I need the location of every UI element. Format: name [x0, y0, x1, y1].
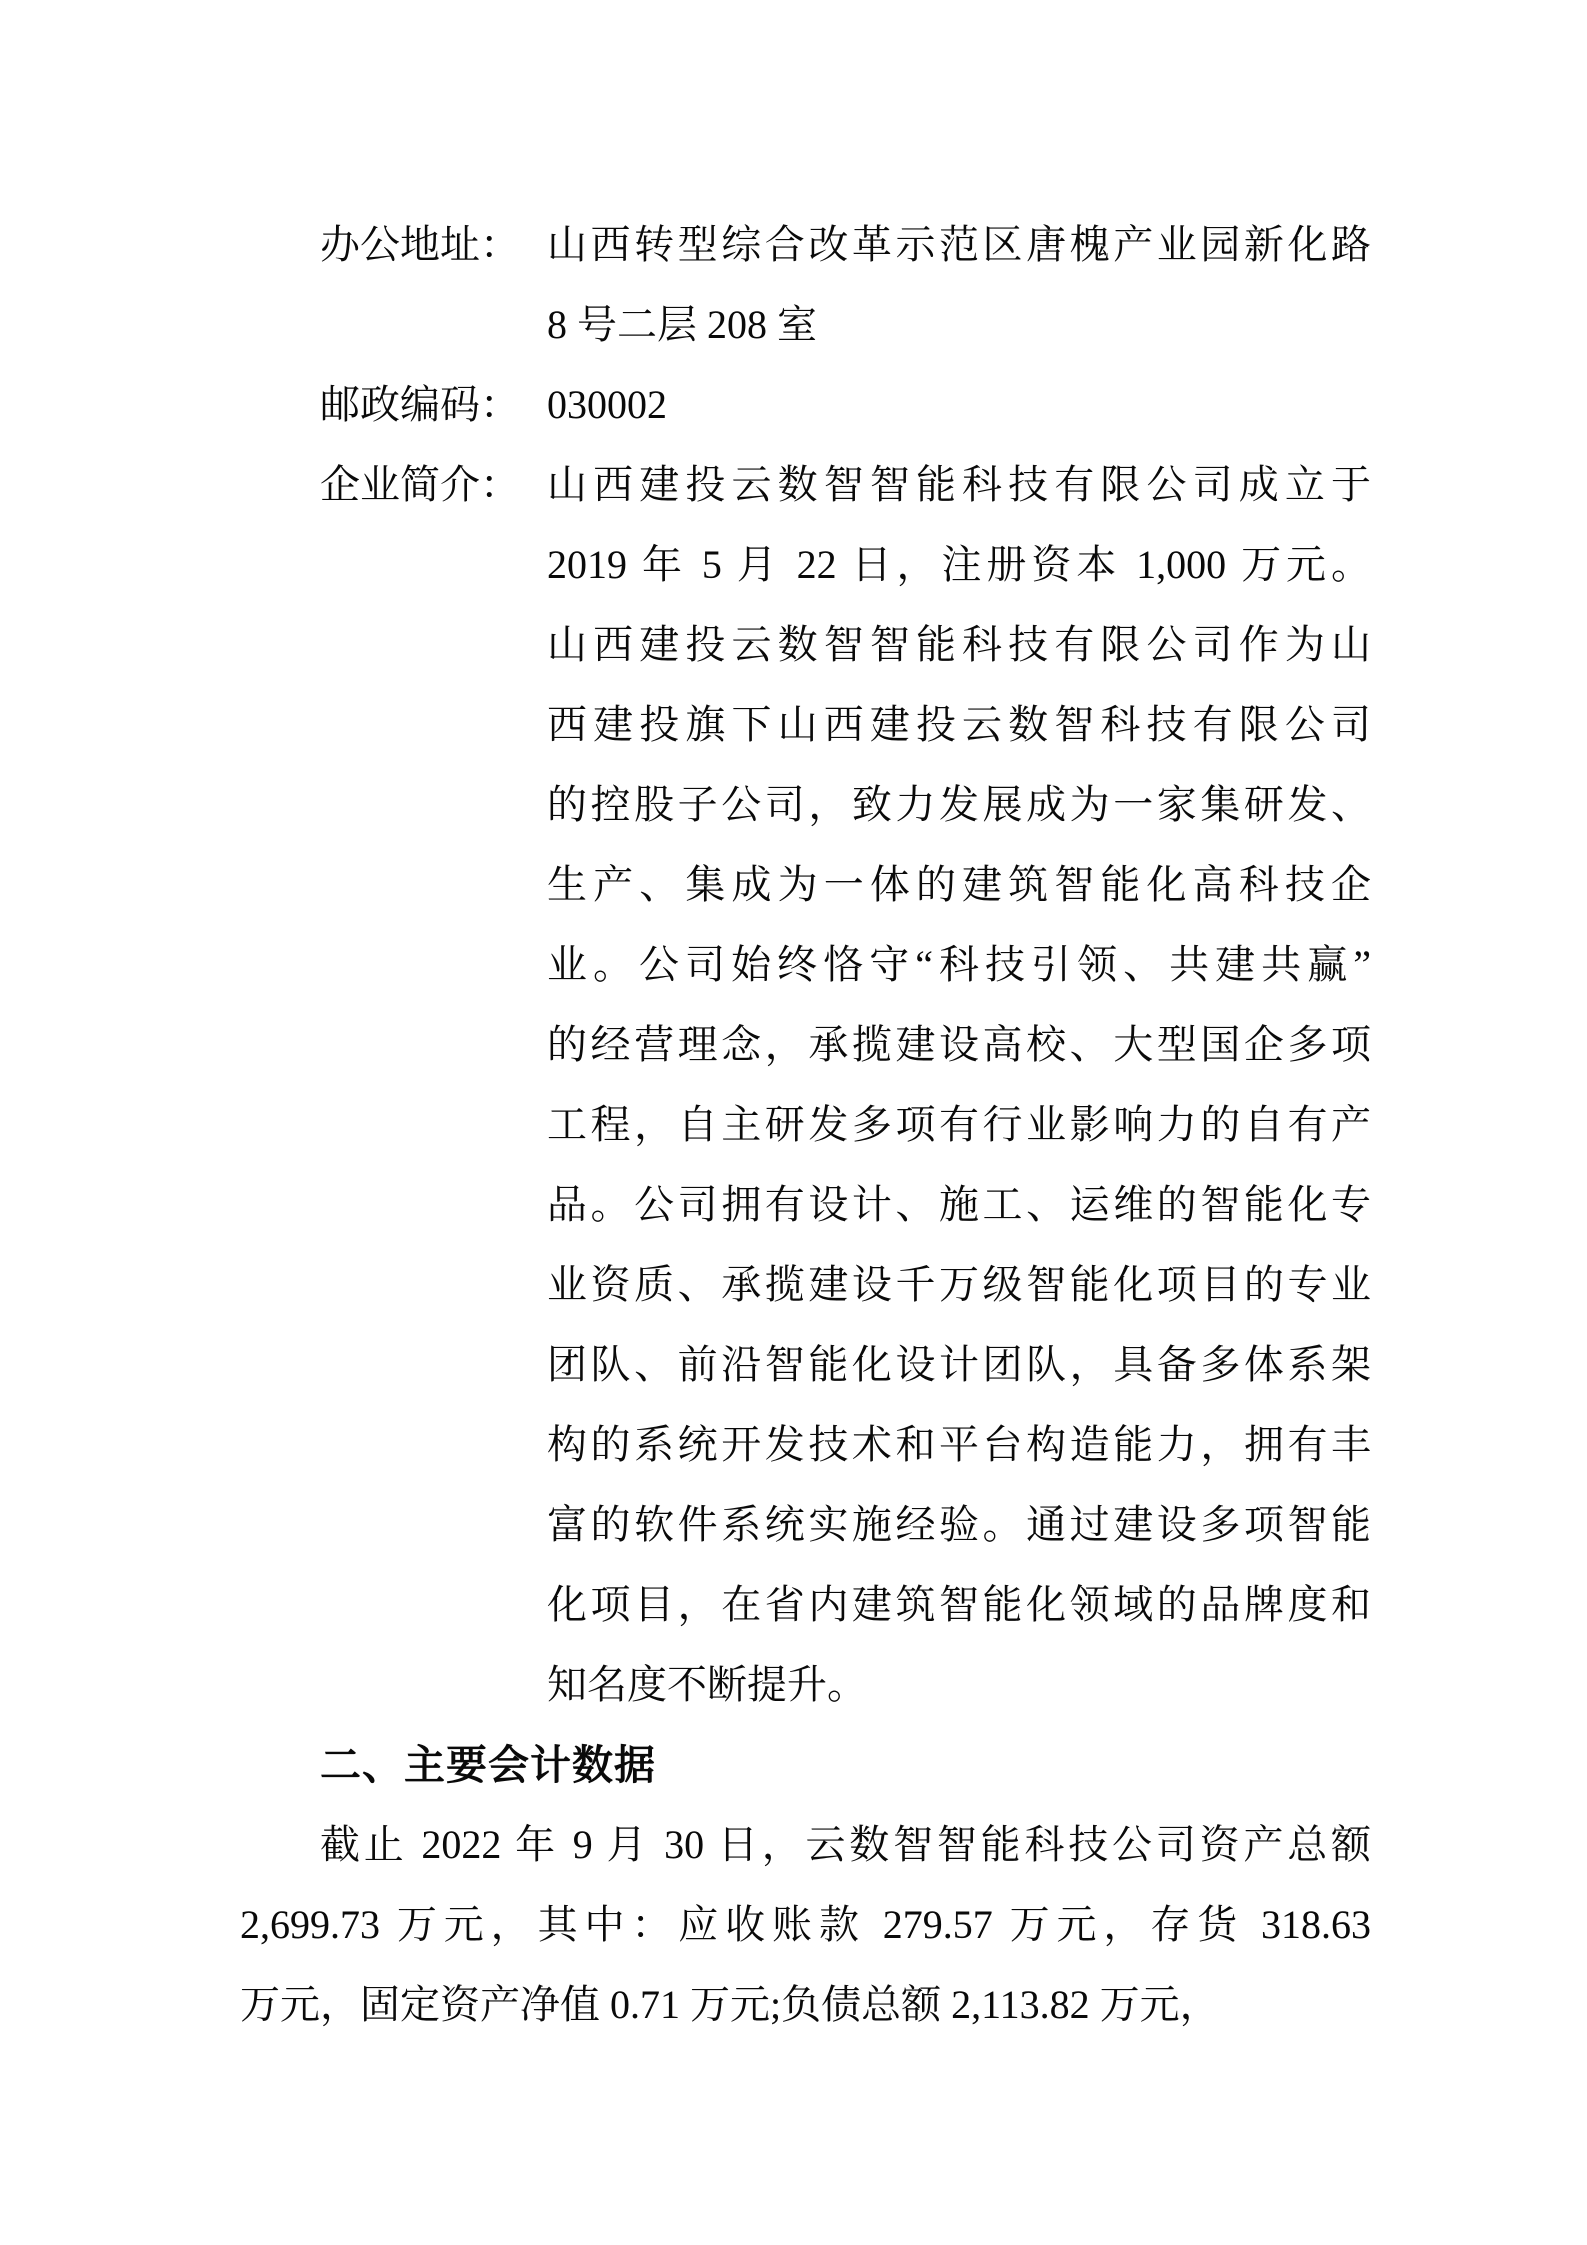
document-page: 办公地址： 山西转型综合改革示范区唐槐产业园新化路8 号二层 208 室 邮政编… — [0, 0, 1587, 2245]
text-line: 截止 2022 年 9 月 30 日，云数智智能科技公司资产总额 — [240, 1805, 1371, 1885]
field-postal-code: 邮政编码： 030002 — [240, 365, 1371, 445]
text-line: 知名度不断提升。 — [547, 1645, 1371, 1725]
text-line: 构的系统开发技术和平台构造能力，拥有丰 — [547, 1405, 1371, 1485]
text-line: 2019 年 5 月 22 日，注册资本 1,000 万元。 — [547, 525, 1371, 605]
text-line: 山西转型综合改革示范区唐槐产业园新化路 — [547, 205, 1371, 285]
section-heading-accounting-data: 二、主要会计数据 — [320, 1725, 1371, 1805]
postal-code-value: 030002 — [547, 365, 1371, 445]
text-line: 西建投旗下山西建投云数智科技有限公司 — [547, 685, 1371, 765]
text-line: 的经营理念，承揽建设高校、大型国企多项 — [547, 1005, 1371, 1085]
text-line: 品。公司拥有设计、施工、运维的智能化专 — [547, 1165, 1371, 1245]
postal-code-label: 邮政编码： — [320, 365, 547, 445]
text-line: 万元，固定资产净值 0.71 万元;负债总额 2,113.82 万元， — [240, 1965, 1371, 2045]
text-line: 生产、集成为一体的建筑智能化高科技企 — [547, 845, 1371, 925]
text-line: 业。公司始终恪守“科技引领、共建共赢” — [547, 925, 1371, 1005]
text-line: 030002 — [547, 365, 1371, 445]
text-line: 化项目，在省内建筑智能化领域的品牌度和 — [547, 1565, 1371, 1645]
text-line: 富的软件系统实施经验。通过建设多项智能 — [547, 1485, 1371, 1565]
text-line: 山西建投云数智智能科技有限公司作为山 — [547, 605, 1371, 685]
text-line: 团队、前沿智能化设计团队，具备多体系架 — [547, 1325, 1371, 1405]
text-line: 业资质、承揽建设千万级智能化项目的专业 — [547, 1245, 1371, 1325]
company-profile-label: 企业简介： — [320, 445, 547, 525]
accounting-data-paragraph: 截止 2022 年 9 月 30 日，云数智智能科技公司资产总额2,699.73… — [240, 1805, 1371, 2045]
text-line: 8 号二层 208 室 — [547, 285, 1371, 365]
text-line: 的控股子公司，致力发展成为一家集研发、 — [547, 765, 1371, 845]
text-line: 工程，自主研发多项有行业影响力的自有产 — [547, 1085, 1371, 1165]
text-line: 山西建投云数智智能科技有限公司成立于 — [547, 445, 1371, 525]
field-company-profile: 企业简介： 山西建投云数智智能科技有限公司成立于2019 年 5 月 22 日，… — [240, 445, 1371, 1725]
text-line: 2,699.73 万元，其中：应收账款 279.57 万元，存货 318.63 — [240, 1885, 1371, 1965]
office-address-value: 山西转型综合改革示范区唐槐产业园新化路8 号二层 208 室 — [547, 205, 1371, 365]
document-content: 办公地址： 山西转型综合改革示范区唐槐产业园新化路8 号二层 208 室 邮政编… — [0, 0, 1587, 2045]
field-office-address: 办公地址： 山西转型综合改革示范区唐槐产业园新化路8 号二层 208 室 — [240, 205, 1371, 365]
company-profile-value: 山西建投云数智智能科技有限公司成立于2019 年 5 月 22 日，注册资本 1… — [547, 445, 1371, 1725]
office-address-label: 办公地址： — [320, 205, 547, 285]
